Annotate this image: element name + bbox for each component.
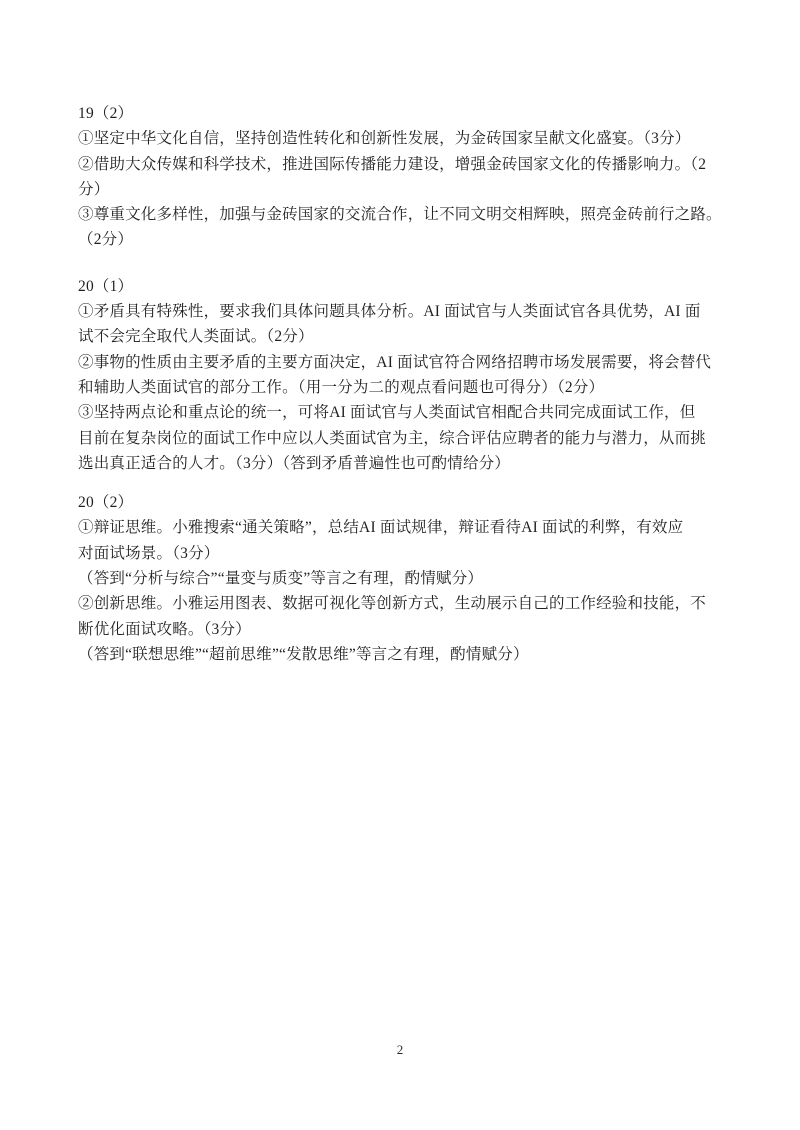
answer-line: ①矛盾具有特殊性，要求我们具体问题具体分析。AI 面试官与人类面试官各具优势，A… (78, 299, 746, 324)
page-number: 2 (0, 1042, 800, 1058)
answer-line: 选出真正适合的人才。（3分）（答到矛盾普遍性也可酌情给分） (78, 451, 746, 476)
answer-line: 对面试场景。（3分） (78, 541, 746, 566)
answer-line: 和辅助人类面试官的部分工作。（用一分为二的观点看问题也可得分）（2分） (78, 375, 746, 400)
section-heading: 20（2） (78, 490, 746, 515)
answer-line: 断优化面试攻略。（3分） (78, 617, 746, 642)
section-20-2: 20（2） ①辩证思维。小雅搜索“通关策略”，总结AI 面试规律，辩证看待AI … (78, 490, 746, 667)
section-heading: 19（2） (78, 101, 746, 126)
answer-line: 分） (78, 177, 746, 202)
answer-line: （答到“分析与综合”“量变与质变”等言之有理，酌情赋分） (78, 566, 746, 591)
section-20-1: 20（1） ①矛盾具有特殊性，要求我们具体问题具体分析。AI 面试官与人类面试官… (78, 274, 746, 476)
answer-key-content: 19（2） ①坚定中华文化自信，坚持创造性转化和创新性发展，为金砖国家呈献文化盛… (78, 101, 746, 667)
document-page: 19（2） ①坚定中华文化自信，坚持创造性转化和创新性发展，为金砖国家呈献文化盛… (0, 0, 800, 1130)
answer-line: 目前在复杂岗位的面试工作中应以人类面试官为主，综合评估应聘者的能力与潜力，从而挑 (78, 426, 746, 451)
answer-line: ②借助大众传媒和科学技术，推进国际传播能力建设，增强金砖国家文化的传播影响力。（… (78, 152, 746, 177)
answer-line: （答到“联想思维”“超前思维”“发散思维”等言之有理，酌情赋分） (78, 642, 746, 667)
answer-line: ②创新思维。小雅运用图表、数据可视化等创新方式，生动展示自己的工作经验和技能，不 (78, 591, 746, 616)
section-heading: 20（1） (78, 274, 746, 299)
answer-line: ①辩证思维。小雅搜索“通关策略”，总结AI 面试规律，辩证看待AI 面试的利弊，… (78, 515, 746, 540)
answer-line: ①坚定中华文化自信，坚持创造性转化和创新性发展，为金砖国家呈献文化盛宴。（3分） (78, 126, 746, 151)
section-19-2: 19（2） ①坚定中华文化自信，坚持创造性转化和创新性发展，为金砖国家呈献文化盛… (78, 101, 746, 253)
answer-line: （2分） (78, 227, 746, 252)
answer-line: 试不会完全取代人类面试。（2分） (78, 324, 746, 349)
answer-line: ③坚持两点论和重点论的统一，可将AI 面试官与人类面试官相配合共同完成面试工作，… (78, 400, 746, 425)
answer-line: ③尊重文化多样性，加强与金砖国家的交流合作，让不同文明交相辉映，照亮金砖前行之路… (78, 202, 746, 227)
answer-line: ②事物的性质由主要矛盾的主要方面决定，AI 面试官符合网络招聘市场发展需要，将会… (78, 350, 746, 375)
